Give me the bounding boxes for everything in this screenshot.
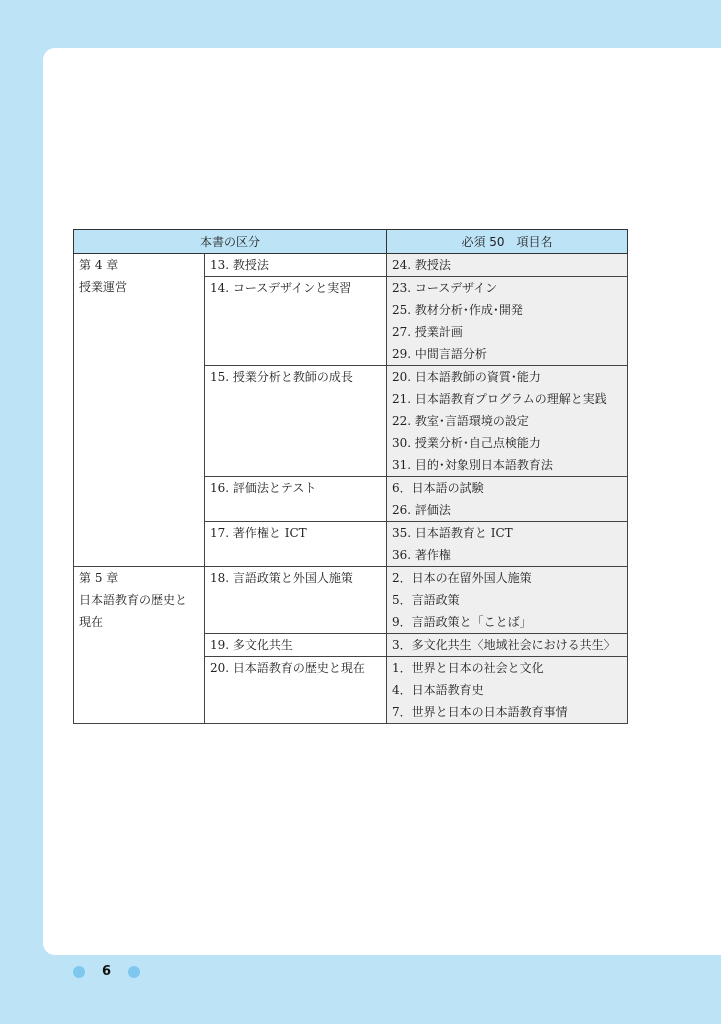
section-cell: 17. 著作権と ICT — [205, 522, 387, 567]
section-label: 13. 教授法 — [205, 254, 386, 276]
chapter-line: 日本語教育の歴史と — [74, 589, 204, 611]
chapter-line: 第 5 章 — [74, 567, 204, 589]
header-required-items: 必須 50 項目名 — [387, 230, 628, 254]
required-item: 24. 教授法 — [387, 254, 627, 276]
required-item: 23. コースデザイン — [387, 277, 627, 299]
table-row: 第 5 章日本語教育の歴史と現在18. 言語政策と外国人施策2．日本の在留外国人… — [74, 567, 628, 634]
page-number: 6 — [102, 964, 111, 979]
section-cell: 15. 授業分析と教師の成長 — [205, 366, 387, 477]
table-row: 第 4 章授業運営13. 教授法24. 教授法 — [74, 254, 628, 277]
required-item: 29. 中間言語分析 — [387, 343, 627, 365]
section-label: 16. 評価法とテスト — [205, 477, 386, 499]
required-item: 20. 日本語教師の資質･能力 — [387, 366, 627, 388]
chapter-cell: 第 5 章日本語教育の歴史と現在 — [74, 567, 205, 724]
dot-right-icon — [128, 966, 140, 978]
chapter-line: 授業運営 — [74, 276, 204, 298]
section-cell: 14. コースデザインと実習 — [205, 277, 387, 366]
items-cell: 1．世界と日本の社会と文化4．日本語教育史7．世界と日本の日本語教育事情 — [387, 657, 628, 724]
required-item: 22. 教室･言語環境の設定 — [387, 410, 627, 432]
curriculum-table: 本書の区分 必須 50 項目名 第 4 章授業運営13. 教授法24. 教授法1… — [73, 229, 628, 724]
required-item: 31. 目的･対象別日本語教育法 — [387, 454, 627, 476]
section-label: 20. 日本語教育の歴史と現在 — [205, 657, 386, 679]
section-label: 18. 言語政策と外国人施策 — [205, 567, 386, 589]
chapter-line: 第 4 章 — [74, 254, 204, 276]
required-item: 5．言語政策 — [387, 589, 627, 611]
header-book-section: 本書の区分 — [74, 230, 387, 254]
required-item: 6．日本語の試験 — [387, 477, 627, 499]
section-cell: 13. 教授法 — [205, 254, 387, 277]
required-item: 1．世界と日本の社会と文化 — [387, 657, 627, 679]
section-cell: 16. 評価法とテスト — [205, 477, 387, 522]
items-cell: 35. 日本語教育と ICT36. 著作権 — [387, 522, 628, 567]
chapter-line: 現在 — [74, 611, 204, 633]
items-cell: 23. コースデザイン25. 教材分析･作成･開発27. 授業計画29. 中間言… — [387, 277, 628, 366]
required-item: 3．多文化共生〈地域社会における共生〉 — [387, 634, 627, 656]
section-label: 14. コースデザインと実習 — [205, 277, 386, 299]
required-item: 35. 日本語教育と ICT — [387, 522, 627, 544]
page-footer: 6 — [73, 964, 140, 979]
required-item: 7．世界と日本の日本語教育事情 — [387, 701, 627, 723]
items-cell: 24. 教授法 — [387, 254, 628, 277]
items-cell: 2．日本の在留外国人施策5．言語政策9．言語政策と「ことば」 — [387, 567, 628, 634]
section-label: 19. 多文化共生 — [205, 634, 386, 656]
required-item: 4．日本語教育史 — [387, 679, 627, 701]
section-cell: 20. 日本語教育の歴史と現在 — [205, 657, 387, 724]
required-item: 27. 授業計画 — [387, 321, 627, 343]
section-cell: 19. 多文化共生 — [205, 634, 387, 657]
section-cell: 18. 言語政策と外国人施策 — [205, 567, 387, 634]
chapter-cell: 第 4 章授業運営 — [74, 254, 205, 567]
required-item: 21. 日本語教育プログラムの理解と実践 — [387, 388, 627, 410]
required-item: 2．日本の在留外国人施策 — [387, 567, 627, 589]
items-cell: 6．日本語の試験26. 評価法 — [387, 477, 628, 522]
required-item: 30. 授業分析･自己点検能力 — [387, 432, 627, 454]
items-cell: 3．多文化共生〈地域社会における共生〉 — [387, 634, 628, 657]
section-label: 15. 授業分析と教師の成長 — [205, 366, 386, 388]
required-item: 9．言語政策と「ことば」 — [387, 611, 627, 633]
items-cell: 20. 日本語教師の資質･能力21. 日本語教育プログラムの理解と実践22. 教… — [387, 366, 628, 477]
dot-left-icon — [73, 966, 85, 978]
required-item: 26. 評価法 — [387, 499, 627, 521]
required-item: 25. 教材分析･作成･開発 — [387, 299, 627, 321]
required-item: 36. 著作権 — [387, 544, 627, 566]
section-label: 17. 著作権と ICT — [205, 522, 386, 544]
